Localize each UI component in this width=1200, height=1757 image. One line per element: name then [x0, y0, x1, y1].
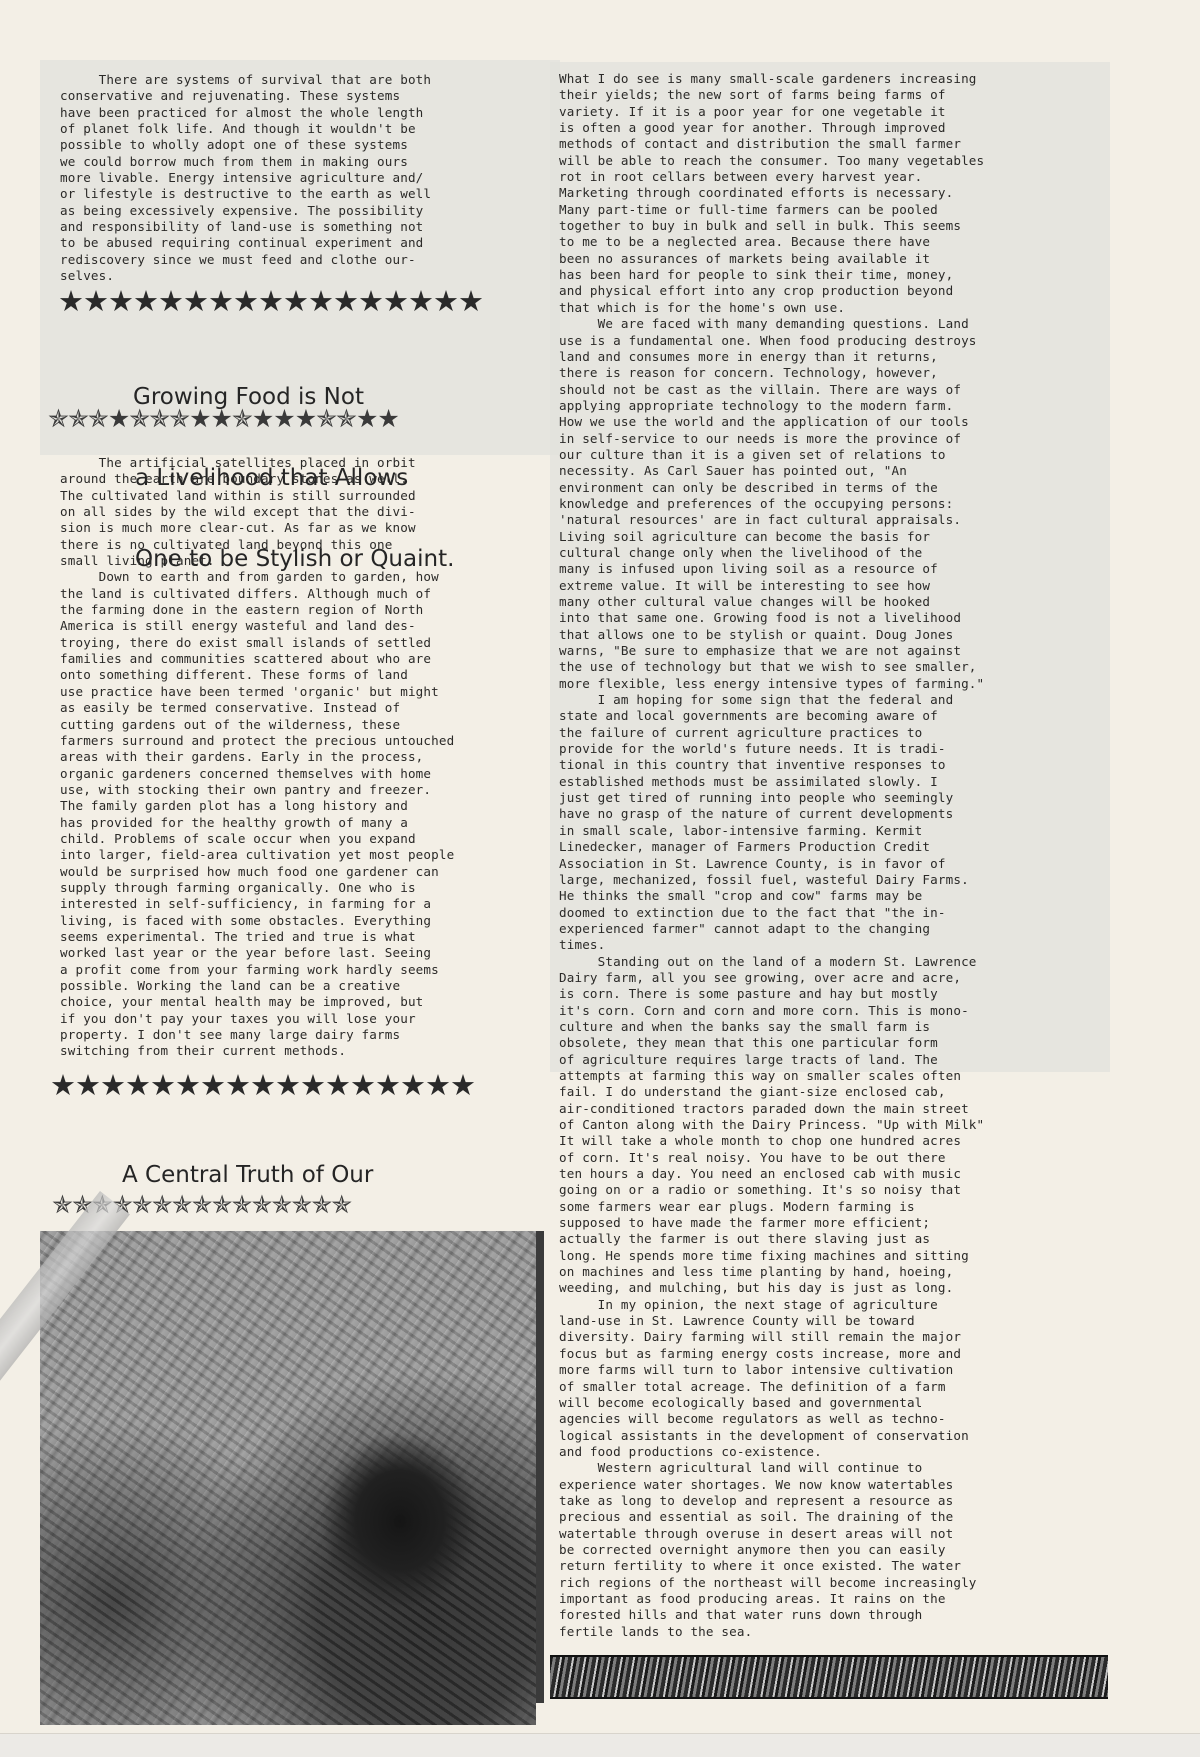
text-line: selves. [60, 268, 431, 284]
text-line: or lifestyle is destructive to the earth… [60, 186, 431, 202]
text-line: Many part-time or full-time farmers can … [559, 202, 984, 218]
text-line: some farmers wear ear plugs. Modern farm… [559, 1199, 984, 1215]
text-line: Down to earth and from garden to garden,… [60, 569, 454, 585]
text-line: weeding, and mulching, but his day is ju… [559, 1280, 984, 1296]
text-line: areas with their gardens. Early in the p… [60, 749, 454, 765]
text-line: on machines and less time planting by ha… [559, 1264, 984, 1280]
text-line: We are faced with many demanding questio… [559, 316, 984, 332]
text-line: that allows one to be stylish or quaint.… [559, 627, 984, 643]
text-line: There are systems of survival that are b… [60, 72, 431, 88]
text-line: together to buy in bulk and sell in bulk… [559, 218, 984, 234]
text-line: I am hoping for some sign that the feder… [559, 692, 984, 708]
text-line: logical assistants in the development of… [559, 1428, 984, 1444]
text-line: Standing out on the land of a modern St.… [559, 954, 984, 970]
text-line: should not be cast as the villain. There… [559, 382, 984, 398]
text-line: necessity. As Carl Sauer has pointed out… [559, 463, 984, 479]
text-line: Western agricultural land will continue … [559, 1460, 984, 1476]
left-column-main-text: The artificial satellites placed in orbi… [60, 455, 454, 1060]
text-line: possible to wholly adopt one of these sy… [60, 137, 431, 153]
text-line: Linedecker, manager of Farmers Productio… [559, 839, 984, 855]
text-line: actually the farmer is out there slaving… [559, 1231, 984, 1247]
text-line: experience water shortages. We now know … [559, 1477, 984, 1493]
text-line: use, with stocking their own pantry and … [60, 782, 454, 798]
text-line: property. I don't see many large dairy f… [60, 1027, 454, 1043]
text-line: times. [559, 937, 984, 953]
text-line: the use of technology but that we wish t… [559, 659, 984, 675]
text-line: there is reason for concern. Technology,… [559, 365, 984, 381]
text-line: conservative and rejuvenating. These sys… [60, 88, 431, 104]
text-line: of smaller total acreage. The definition… [559, 1379, 984, 1395]
text-line: many is infused upon living soil as a re… [559, 561, 984, 577]
text-line: as being excessively expensive. The poss… [60, 203, 431, 219]
text-line: What I do see is many small-scale garden… [559, 71, 984, 87]
text-line: choice, your mental health may be improv… [60, 994, 454, 1010]
text-line: a profit come from your farming work har… [60, 962, 454, 978]
text-line: troying, there do exist small islands of… [60, 635, 454, 651]
text-line: going on or a radio or something. It's s… [559, 1182, 984, 1198]
text-line: In my opinion, the next stage of agricul… [559, 1297, 984, 1313]
text-line: is corn. There is some pasture and hay b… [559, 986, 984, 1002]
text-line: extreme value. It will be interesting to… [559, 578, 984, 594]
text-line: just get tired of running into people wh… [559, 790, 984, 806]
text-line: more flexible, less energy intensive typ… [559, 676, 984, 692]
text-line: attempts at farming this way on smaller … [559, 1068, 984, 1084]
text-line: supposed to have made the farmer more ef… [559, 1215, 984, 1231]
text-line: ten hours a day. You need an enclosed ca… [559, 1166, 984, 1182]
right-column-text: What I do see is many small-scale garden… [559, 71, 984, 1640]
woodcut-landscape-strip [550, 1655, 1108, 1699]
text-line: will become ecologically based and gover… [559, 1395, 984, 1411]
text-line: cutting gardens out of the wilderness, t… [60, 717, 454, 733]
text-line: of agriculture requires large tracts of … [559, 1052, 984, 1068]
text-line: environment can only be described in ter… [559, 480, 984, 496]
text-line: the farming done in the eastern region o… [60, 602, 454, 618]
text-line: and food productions co-existence. [559, 1444, 984, 1460]
text-line: fail. I do understand the giant-size enc… [559, 1084, 984, 1100]
text-line: large, mechanized, fossil fuel, wasteful… [559, 872, 984, 888]
text-line: culture and when the banks say the small… [559, 1019, 984, 1035]
text-line: America is still energy wasteful and lan… [60, 618, 454, 634]
text-line: state and local governments are becoming… [559, 708, 984, 724]
text-line: have been practiced for almost the whole… [60, 105, 431, 121]
text-line: agencies will become regulators as well … [559, 1411, 984, 1427]
newsprint-page: There are systems of survival that are b… [0, 0, 1200, 1757]
text-line: into that same one. Growing food is not … [559, 610, 984, 626]
left-column-top-text: There are systems of survival that are b… [60, 72, 431, 284]
text-line: supply through farming organically. One … [60, 880, 454, 896]
text-line: rich regions of the northeast will becom… [559, 1575, 984, 1591]
text-line: switching from their current methods. [60, 1043, 454, 1059]
text-line: diversity. Dairy farming will still rema… [559, 1329, 984, 1345]
text-line: He thinks the small "crop and cow" farms… [559, 888, 984, 904]
text-line: we could borrow much from them in making… [60, 154, 431, 170]
text-line: as easily be termed conservative. Instea… [60, 700, 454, 716]
text-line: is often a good year for another. Throug… [559, 120, 984, 136]
text-line: precious and essential as soil. The drai… [559, 1509, 984, 1525]
text-line: would be surprised how much food one gar… [60, 864, 454, 880]
text-line: if you don't pay your taxes you will los… [60, 1011, 454, 1027]
text-line: there is no cultivated land beyond this … [60, 537, 454, 553]
text-line: families and communities scattered about… [60, 651, 454, 667]
text-line: rot in root cellars between every harves… [559, 169, 984, 185]
text-line: Dairy farm, all you see growing, over ac… [559, 970, 984, 986]
text-line: and physical effort into any crop produc… [559, 283, 984, 299]
text-line: our culture than it is a given set of re… [559, 447, 984, 463]
text-line: Living soil agriculture can become the b… [559, 529, 984, 545]
text-line: How we use the world and the application… [559, 414, 984, 430]
text-line: onto something different. These forms of… [60, 667, 454, 683]
text-line: return fertility to where it once existe… [559, 1558, 984, 1574]
text-line: farmers surround and protect the preciou… [60, 733, 454, 749]
text-line: will be able to reach the consumer. Too … [559, 153, 984, 169]
text-line: on all sides by the wild except that the… [60, 504, 454, 520]
text-line: many other cultural value changes will b… [559, 594, 984, 610]
text-line: that which is for the home's own use. [559, 300, 984, 316]
text-line: methods of contact and distribution the … [559, 136, 984, 152]
text-line: of Canton along with the Dairy Princess.… [559, 1117, 984, 1133]
text-line: 'natural resources' are in fact cultural… [559, 512, 984, 528]
farm-field-aerial-photo [40, 1231, 536, 1725]
text-line: more farms will turn to labor intensive … [559, 1362, 984, 1378]
text-line: forested hills and that water runs down … [559, 1607, 984, 1623]
text-line: living, is faced with some obstacles. Ev… [60, 913, 454, 929]
text-line: child. Problems of scale occur when you … [60, 831, 454, 847]
text-line: interested in self-sufficiency, in farmi… [60, 896, 454, 912]
text-line: rediscovery since we must feed and cloth… [60, 252, 431, 268]
text-line: focus but as farming energy costs increa… [559, 1346, 984, 1362]
text-line: It will take a whole month to chop one h… [559, 1133, 984, 1149]
star-divider-top-2: ★★★★★★★★★★★★★★★★★ [50, 1068, 475, 1102]
text-line: land-use in St. Lawrence County will be … [559, 1313, 984, 1329]
text-line: around the earth are boundary stones as … [60, 471, 454, 487]
text-line: warns, "Be sure to emphasize that we are… [559, 643, 984, 659]
text-line: to be abused requiring continual experim… [60, 235, 431, 251]
photo-foliage [320, 1431, 480, 1611]
text-line: applying appropriate technology to the m… [559, 398, 984, 414]
text-line: use is a fundamental one. When food prod… [559, 333, 984, 349]
text-line: been no assurances of markets being avai… [559, 251, 984, 267]
text-line: obsolete, they mean that this one partic… [559, 1035, 984, 1051]
text-line: watertable through overuse in desert are… [559, 1526, 984, 1542]
text-line: tional in this country that inventive re… [559, 757, 984, 773]
text-line: use practice have been termed 'organic' … [60, 684, 454, 700]
text-line: cultural change only when the livelihood… [559, 545, 984, 561]
text-line: of corn. It's real noisy. You have to be… [559, 1150, 984, 1166]
text-line: of planet folk life. And though it would… [60, 121, 431, 137]
text-line: be corrected overnight anymore then you … [559, 1542, 984, 1558]
text-line: has provided for the healthy growth of m… [60, 815, 454, 831]
text-line: seems experimental. The tried and true i… [60, 929, 454, 945]
text-line: experienced farmer" cannot adapt to the … [559, 921, 984, 937]
text-line: the failure of current agriculture pract… [559, 725, 984, 741]
text-line: provide for the world's future needs. It… [559, 741, 984, 757]
text-line: doomed to extinction due to the fact tha… [559, 905, 984, 921]
text-line: take as long to develop and represent a … [559, 1493, 984, 1509]
text-line: their yields; the new sort of farms bein… [559, 87, 984, 103]
text-line: worked last year or the year before last… [60, 945, 454, 961]
pull-quote-2-line: A Central Truth of Our [122, 1162, 448, 1189]
text-line: and responsibility of land-use is someth… [60, 219, 431, 235]
photo-border [536, 1231, 544, 1703]
text-line: important as food producing areas. It ra… [559, 1591, 984, 1607]
text-line: variety. If it is a poor year for one ve… [559, 104, 984, 120]
text-line: it's corn. Corn and corn and more corn. … [559, 1003, 984, 1019]
text-line: small living planet. [60, 553, 454, 569]
text-line: into larger, field-area cultivation yet … [60, 847, 454, 863]
page-bottom-edge [0, 1733, 1200, 1757]
text-line: to me to be a neglected area. Because th… [559, 234, 984, 250]
text-line: The cultivated land within is still surr… [60, 488, 454, 504]
star-divider-bottom-1: ✯✯✯★✯✯✯★★✯★★★✯✯★★ [48, 404, 399, 433]
text-line: possible. Working the land can be a crea… [60, 978, 454, 994]
text-line: knowledge and preferences of the occupyi… [559, 496, 984, 512]
text-line: land and consumes more in energy than it… [559, 349, 984, 365]
text-line: The family garden plot has a long histor… [60, 798, 454, 814]
text-line: in self-service to our needs is more the… [559, 431, 984, 447]
text-line: the land is cultivated differs. Although… [60, 586, 454, 602]
text-line: in small scale, labor-intensive farming.… [559, 823, 984, 839]
text-line: more livable. Energy intensive agricultu… [60, 170, 431, 186]
text-line: sion is much more clear-cut. As far as w… [60, 520, 454, 536]
text-line: has been hard for people to sink their t… [559, 267, 984, 283]
text-line: organic gardeners concerned themselves w… [60, 766, 454, 782]
text-line: fertile lands to the sea. [559, 1624, 984, 1640]
text-line: established methods must be assimilated … [559, 774, 984, 790]
text-line: Association in St. Lawrence County, is i… [559, 856, 984, 872]
text-line: The artificial satellites placed in orbi… [60, 455, 454, 471]
text-line: have no grasp of the nature of current d… [559, 806, 984, 822]
text-line: long. He spends more time fixing machine… [559, 1248, 984, 1264]
text-line: air-conditioned tractors paraded down th… [559, 1101, 984, 1117]
star-divider-top-1: ★★★★★★★★★★★★★★★★★ [58, 284, 483, 318]
text-line: Marketing through coordinated efforts is… [559, 185, 984, 201]
